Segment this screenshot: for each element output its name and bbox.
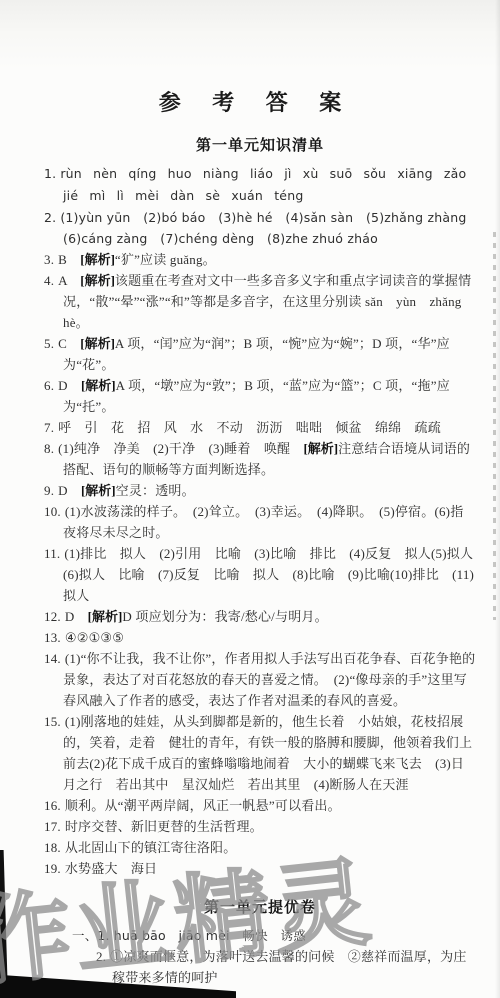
answer-item: 5.C [解析]A 项，“闰”应为“润”；B 项，“惋”应为“婉”；D 项，“华… [44, 333, 476, 375]
answer-item: 9.D [解析]空灵：透明。 [44, 480, 476, 501]
item-number: 15. [44, 714, 61, 729]
item-number: 4. [44, 273, 54, 288]
answer-item: 12.D [解析]D 项应划分为：我寄/愁心/与明月。 [44, 606, 476, 627]
answer-sheet-page: 参 考 答 案 第一单元知识清单1.rùn nèn qíng huo niàng… [0, 0, 500, 998]
item-number: 1. [44, 166, 56, 181]
section-heading: 第一单元提优卷 [44, 896, 476, 917]
item-number: 5. [44, 336, 54, 351]
answer-section: 第一单元知识清单1.rùn nèn qíng huo niàng liáo jì… [44, 134, 476, 879]
answer-item: 6.D [解析]A 项，“墩”应为“敦”；B 项，“蓝”应为“篮”；C 项，“拖… [44, 375, 476, 417]
item-number: 2. [44, 210, 56, 225]
answer-item: 15.(1)刚落地的娃娃，从头到脚都是新的，他生长着 小姑娘，花枝招展的，笑着，… [44, 711, 476, 795]
analysis-label: [解析] [303, 441, 338, 456]
item-number: 14. [44, 651, 61, 666]
item-number: 13. [44, 630, 61, 645]
item-number: 19. [44, 861, 61, 876]
page-title: 参 考 答 案 [0, 86, 500, 117]
item-number: 18. [44, 840, 61, 855]
answer-item: 13.④②①③⑤ [44, 627, 476, 648]
answer-item: 2.(1)yùn yūn (2)bó báo (3)hè hé (4)sǎn s… [44, 207, 476, 249]
answer-item: 4.A [解析]该题重在考查对文中一些多音多义字和重点字词读音的掌握情况，“散”… [44, 270, 476, 333]
item-number: 8. [44, 441, 54, 456]
answer-item: 16.顺利。从“潮平两岸阔，风正一帆悬”可以看出。 [44, 795, 476, 816]
item-number: 11. [44, 546, 60, 561]
analysis-label: [解析] [81, 378, 116, 393]
item-number: 9. [44, 483, 54, 498]
answer-item: 一、1.huā bāo jiāo mèi 畅快 诱惑 [72, 925, 476, 946]
answer-item: 3.B [解析]“犷”应读 guǎng。 [44, 249, 476, 270]
section-heading: 第一单元知识清单 [44, 134, 476, 155]
item-number: 2. [96, 949, 106, 964]
analysis-label: [解析] [81, 483, 116, 498]
answer-item: 7.呼 引 花 招 风 水 不动 沥沥 咄咄 倾盆 绵绵 疏疏 [44, 417, 476, 438]
item-number: 一、1. [72, 928, 110, 943]
answer-section: 第一单元提优卷一、1.huā bāo jiāo mèi 畅快 诱惑2.①凉爽而惬… [44, 896, 476, 988]
answer-item: 18.从北固山下的镇江寄往洛阳。 [44, 837, 476, 858]
analysis-label: [解析] [80, 252, 115, 267]
answer-item: 17.时序交替、新旧更替的生活哲理。 [44, 816, 476, 837]
analysis-label: [解析] [88, 609, 123, 624]
answers-content: 第一单元知识清单1.rùn nèn qíng huo niàng liáo jì… [0, 134, 500, 988]
item-number: 17. [44, 819, 61, 834]
sections: 第一单元知识清单1.rùn nèn qíng huo niàng liáo jì… [44, 134, 476, 988]
item-number: 3. [44, 252, 54, 267]
answer-item: 14.(1)“你不让我，我不让你”，作者用拟人手法写出百花争春、百花争艳的景象，… [44, 648, 476, 711]
item-number: 16. [44, 798, 61, 813]
answer-item: 1.rùn nèn qíng huo niàng liáo jì xù suō … [44, 163, 476, 207]
answer-item: 19.水势盛大 海日 [44, 858, 476, 879]
answer-item: 2.①凉爽而惬意，为落叶送去温馨的问候 ②慈祥而温厚，为庄稼带来多情的呵护 [96, 946, 476, 988]
item-number: 12. [44, 609, 61, 624]
item-number: 10. [44, 504, 61, 519]
answer-item: 8.(1)纯净 净美 (2)干净 (3)睡着 唤醒 [解析]注意结合语境从词语的… [44, 438, 476, 480]
item-number: 7. [44, 420, 54, 435]
analysis-label: [解析] [80, 273, 115, 288]
analysis-label: [解析] [80, 336, 115, 351]
page-edge-shade [495, 0, 500, 998]
answer-item: 11.(1)排比 拟人 (2)引用 比喻 (3)比喻 排比 (4)反复 拟人(5… [44, 543, 476, 606]
answer-item: 10.(1)水波荡漾的样子。 (2)耸立。 (3)幸运。 (4)降职。 (5)停… [44, 501, 476, 543]
item-number: 6. [44, 378, 54, 393]
